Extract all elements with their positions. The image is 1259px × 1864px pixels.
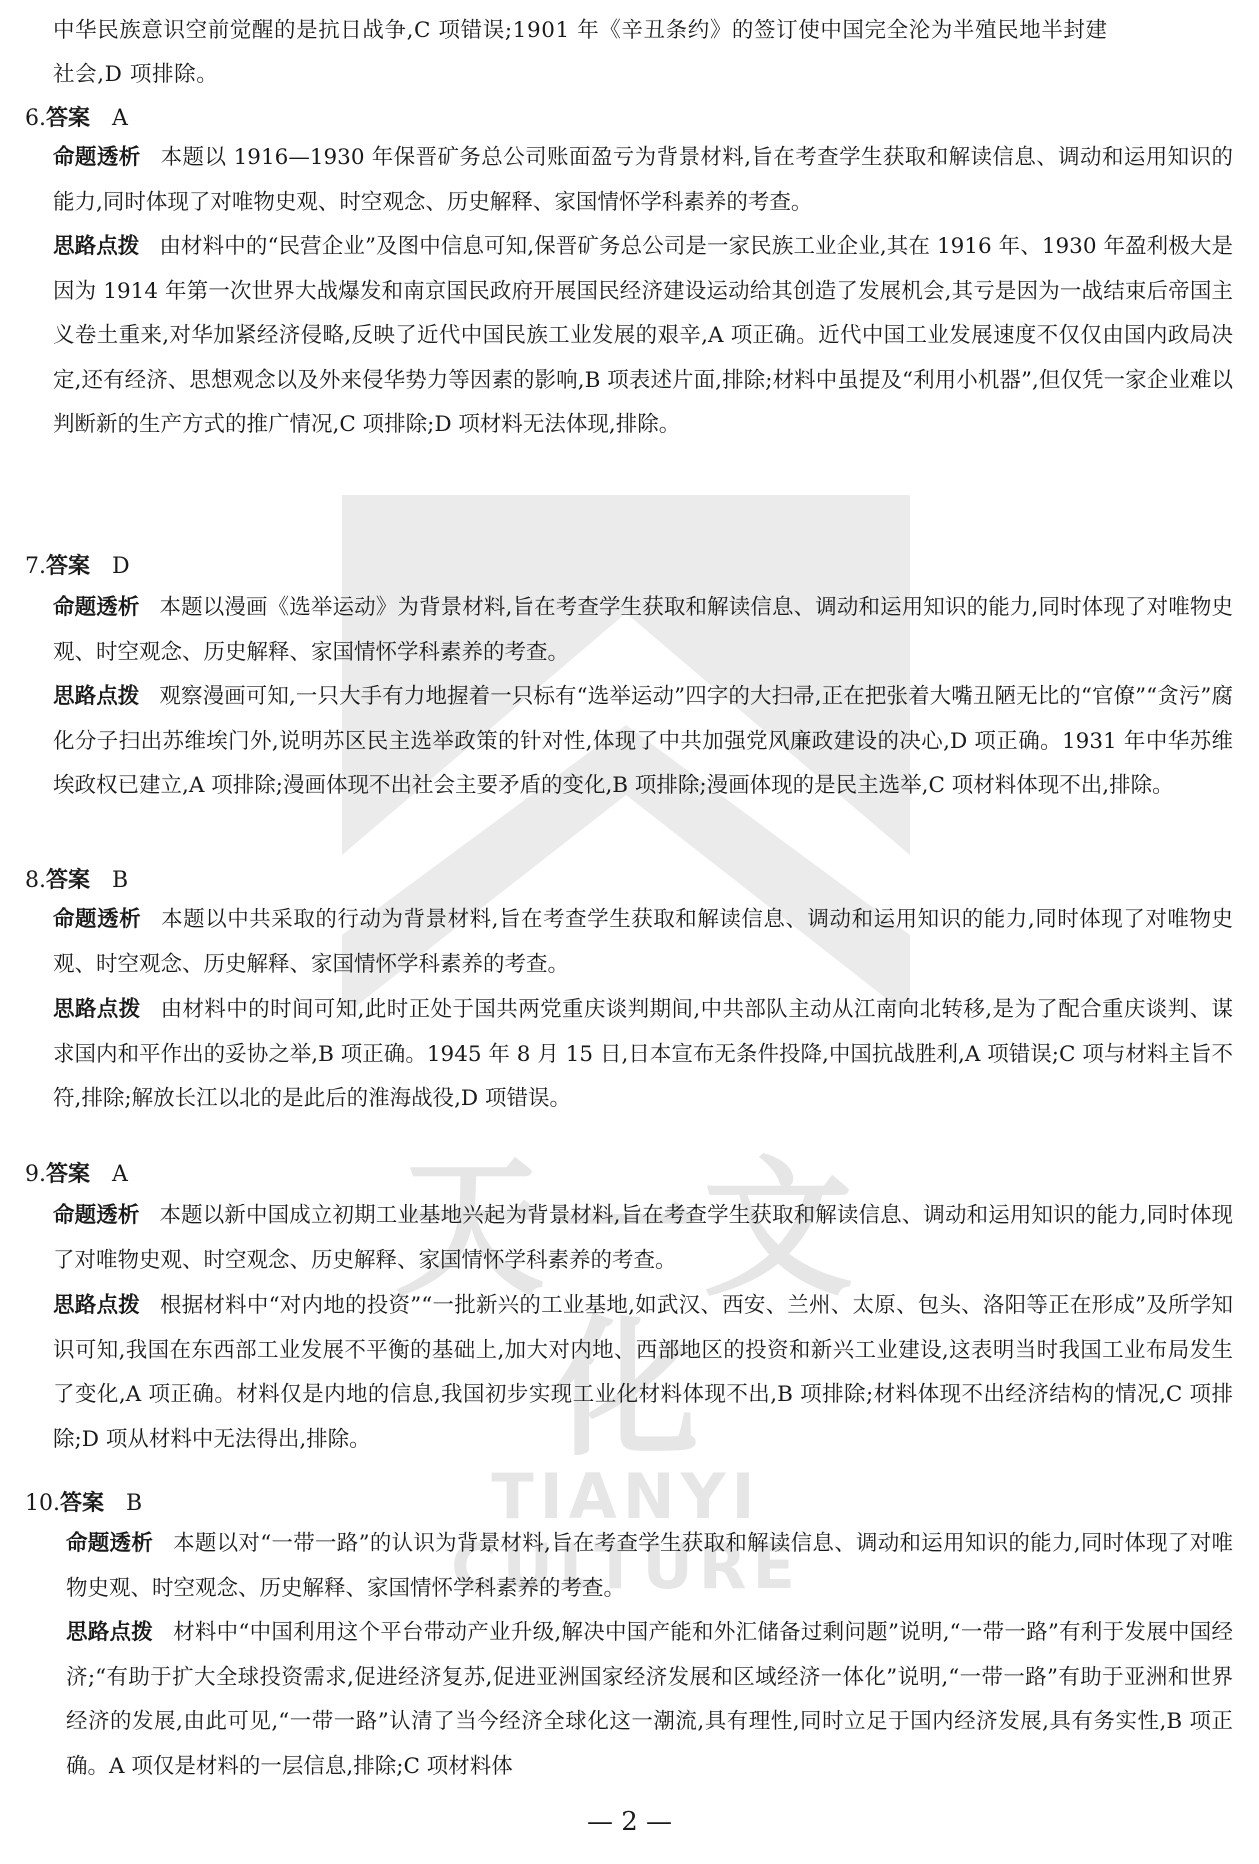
analysis-text: 本题以 1916—1930 年保晋矿务总公司账面盈亏为背景材料,旨在考查学生获取… [53, 145, 1233, 215]
question-10-header: 10.答案B [25, 1489, 142, 1519]
answer-value: A [112, 106, 128, 131]
question-10-hint: 思路点拨材料中“中国利用这个平台带动产业升级,解决中国产能和外汇储备过剩问题”说… [66, 1611, 1233, 1789]
hint-label: 思路点拨 [53, 234, 139, 259]
question-number: 7. [25, 554, 46, 579]
hint-text: 观察漫画可知,一只大手有力地握着一只标有“选举运动”四字的大扫帚,正在把张着大嘴… [53, 684, 1233, 798]
answer-label: 答案 [60, 1491, 104, 1516]
page-number: — 2 — [0, 1807, 1259, 1837]
question-number: 10. [25, 1491, 60, 1516]
question-9-analysis: 命题透析本题以新中国成立初期工业基地兴起为背景材料,旨在考查学生获取和解读信息、… [53, 1194, 1233, 1283]
hint-text: 由材料中的“民营企业”及图中信息可知,保晋矿务总公司是一家民族工业企业,其在 1… [53, 234, 1233, 437]
question-8-analysis: 命题透析本题以中共采取的行动为背景材料,旨在考查学生获取和解读信息、调动和运用知… [53, 898, 1233, 987]
answer-label: 答案 [46, 1162, 90, 1187]
hint-label: 思路点拨 [53, 997, 141, 1022]
question-7-hint: 思路点拨观察漫画可知,一只大手有力地握着一只标有“选举运动”四字的大扫帚,正在把… [53, 675, 1233, 809]
hint-text: 由材料中的时间可知,此时正处于国共两党重庆谈判期间,中共部队主动从江南向北转移,… [53, 997, 1233, 1111]
analysis-label: 命题透析 [53, 595, 140, 620]
question-number: 6. [25, 106, 46, 131]
hint-text: 根据材料中“对内地的投资”“一批新兴的工业基地,如武汉、西安、兰州、太原、包头、… [53, 1293, 1233, 1452]
answer-label: 答案 [46, 554, 90, 579]
answer-value: B [126, 1491, 142, 1516]
answer-label: 答案 [46, 868, 90, 893]
question-6-analysis: 命题透析本题以 1916—1930 年保晋矿务总公司账面盈亏为背景材料,旨在考查… [53, 136, 1233, 225]
analysis-label: 命题透析 [66, 1531, 153, 1556]
answer-label: 答案 [46, 106, 90, 131]
answer-value: B [112, 868, 128, 893]
hint-label: 思路点拨 [53, 1293, 140, 1318]
hint-label: 思路点拨 [66, 1620, 153, 1645]
analysis-text: 本题以中共采取的行动为背景材料,旨在考查学生获取和解读信息、调动和运用知识的能力… [53, 907, 1233, 977]
answer-value: A [112, 1162, 128, 1187]
analysis-label: 命题透析 [53, 145, 141, 170]
question-6-hint: 思路点拨由材料中的“民营企业”及图中信息可知,保晋矿务总公司是一家民族工业企业,… [53, 225, 1233, 448]
question-number: 8. [25, 868, 46, 893]
question-number: 9. [25, 1162, 46, 1187]
question-10-analysis: 命题透析本题以对“一带一路”的认识为背景材料,旨在考查学生获取和解读信息、调动和… [66, 1522, 1233, 1611]
hint-text: 材料中“中国利用这个平台带动产业升级,解决中国产能和外汇储备过剩问题”说明,“一… [66, 1620, 1233, 1779]
question-8-hint: 思路点拨由材料中的时间可知,此时正处于国共两党重庆谈判期间,中共部队主动从江南向… [53, 988, 1233, 1122]
question-7-analysis: 命题透析本题以漫画《选举运动》为背景材料,旨在考查学生获取和解读信息、调动和运用… [53, 586, 1233, 675]
analysis-label: 命题透析 [53, 1203, 140, 1228]
analysis-text: 本题以漫画《选举运动》为背景材料,旨在考查学生获取和解读信息、调动和运用知识的能… [53, 595, 1233, 665]
question-7-header: 7.答案D [25, 552, 130, 582]
analysis-text: 本题以对“一带一路”的认识为背景材料,旨在考查学生获取和解读信息、调动和运用知识… [66, 1531, 1233, 1601]
intro-line-1: 中华民族意识空前觉醒的是抗日战争,C 项错误;1901 年《辛丑条约》的签订使中… [53, 16, 1108, 46]
analysis-label: 命题透析 [53, 907, 141, 932]
answer-value: D [112, 554, 130, 579]
question-6-header: 6.答案A [25, 104, 128, 134]
intro-line-2: 社会,D 项排除。 [53, 60, 218, 90]
question-8-header: 8.答案B [25, 866, 128, 896]
question-9-header: 9.答案A [25, 1160, 128, 1190]
analysis-text: 本题以新中国成立初期工业基地兴起为背景材料,旨在考查学生获取和解读信息、调动和运… [53, 1203, 1233, 1273]
hint-label: 思路点拨 [53, 684, 139, 709]
question-9-hint: 思路点拨根据材料中“对内地的投资”“一批新兴的工业基地,如武汉、西安、兰州、太原… [53, 1284, 1233, 1462]
